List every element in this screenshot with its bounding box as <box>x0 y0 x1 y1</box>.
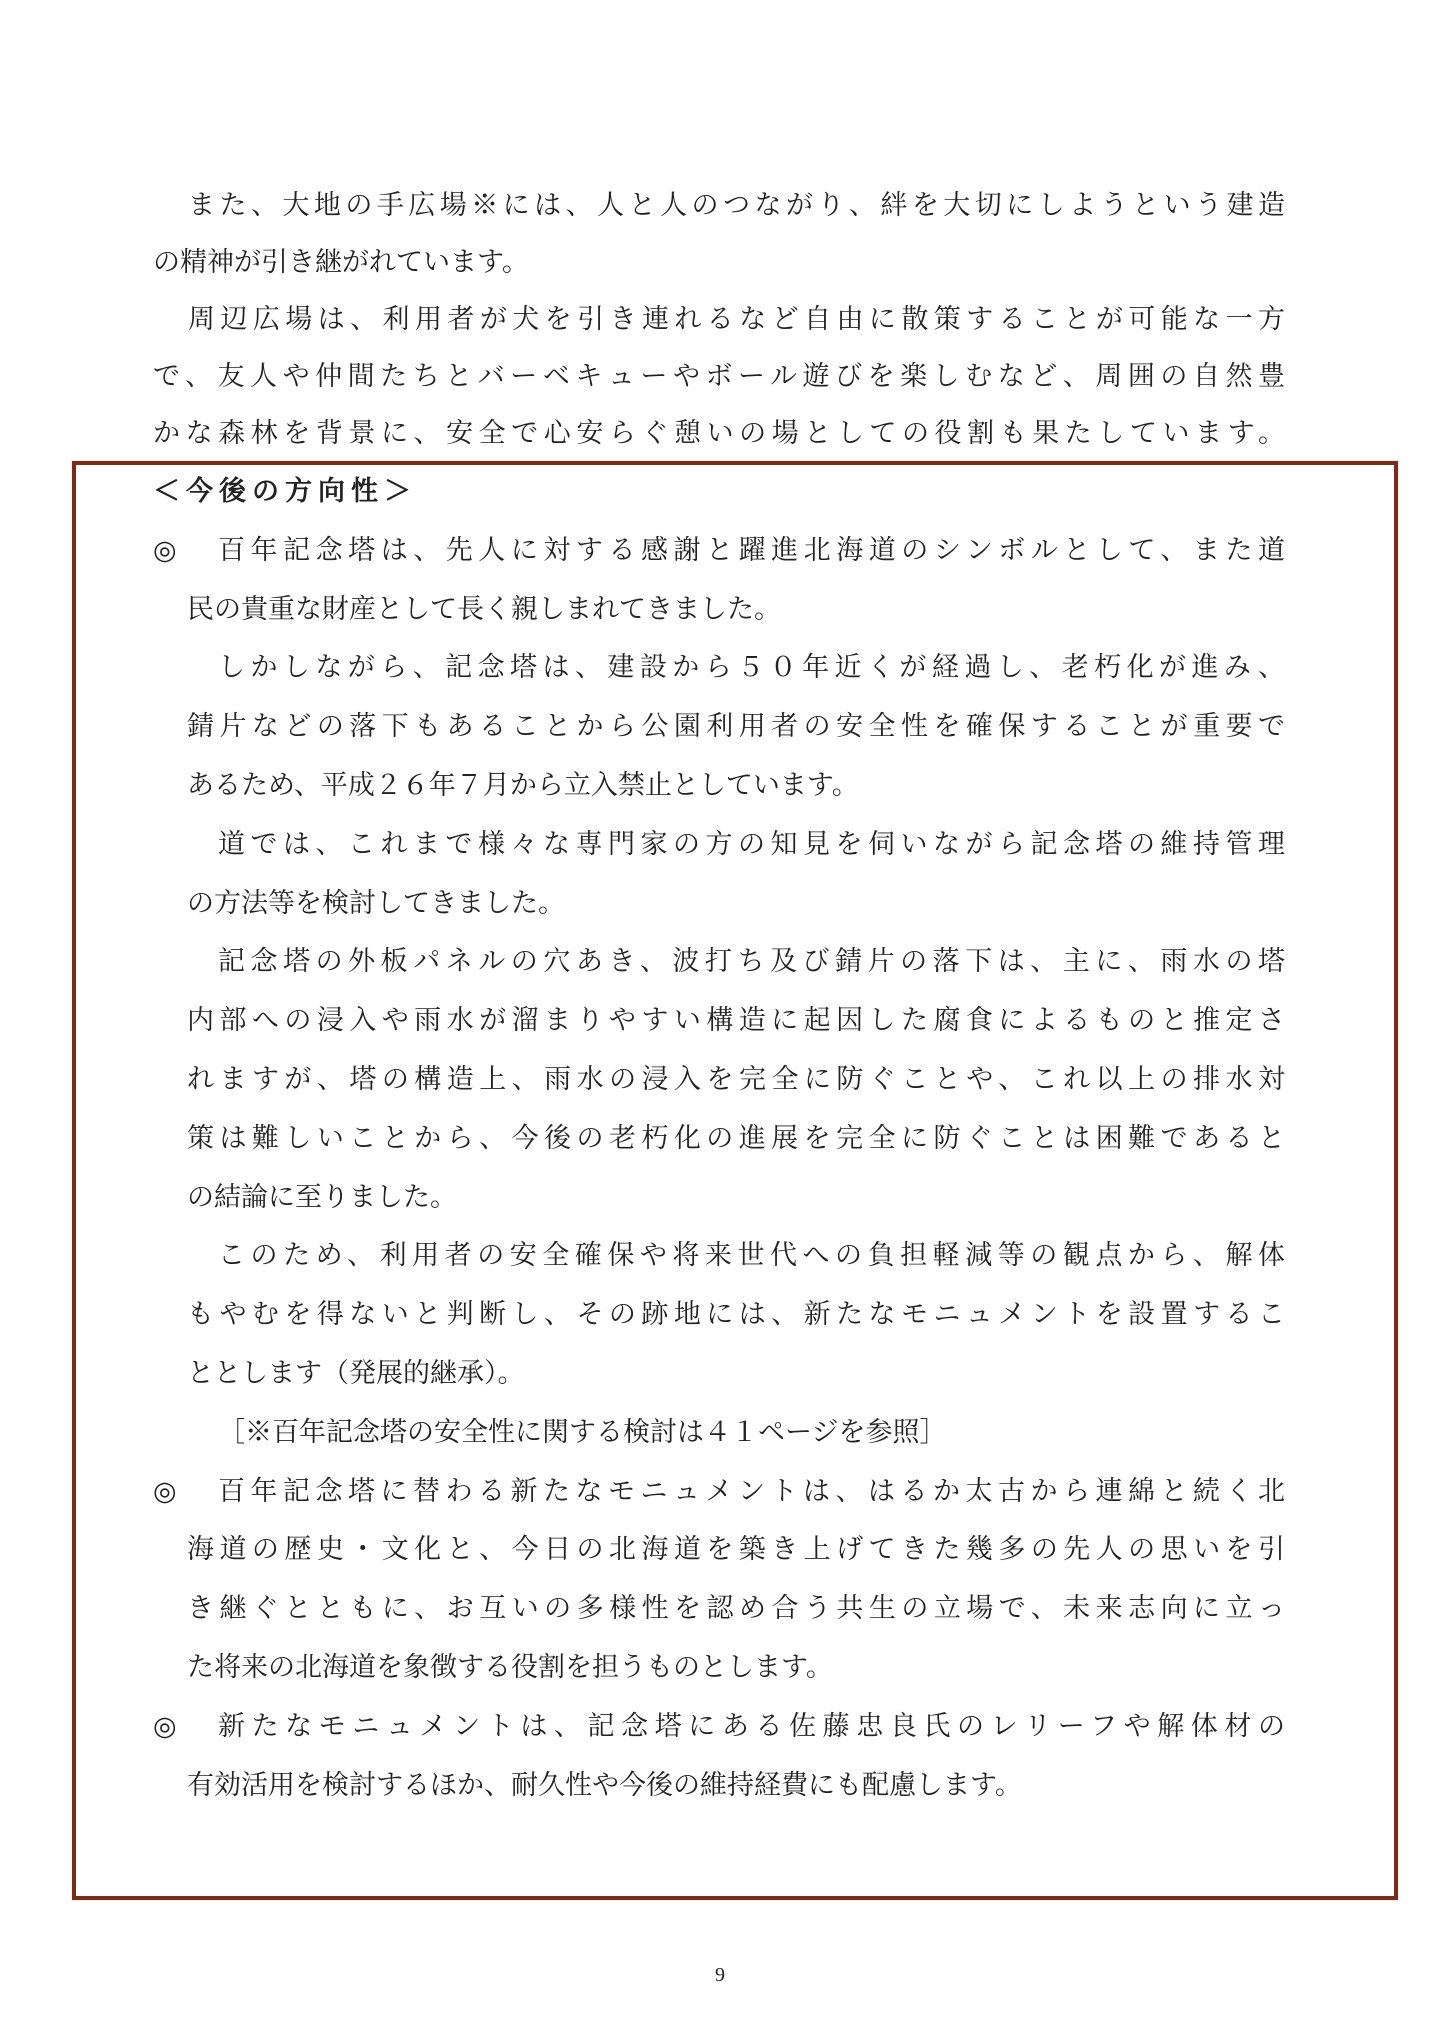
line-text: 民の貴重な財産として長く親しまれてきました。 <box>153 581 1285 640</box>
line-text: 記念塔の外板パネルの穴あき、波打ち及び錆片の落下は、主に、雨水の塔 <box>153 933 1285 992</box>
line-text: た将来の北海道を象徴する役割を担うものとします。 <box>153 1639 1285 1698</box>
text-line: 道では、これまで様々な専門家の方の知見を伺いながら記念塔の維持管理 <box>153 816 1285 875</box>
line-text: 周辺広場は、利用者が犬を引き連れるなど自由に散策することが可能な一方 <box>153 291 1285 348</box>
text-line: 有効活用を検討するほか、耐久性や今後の維持経費にも配慮します。 <box>153 1757 1285 1816</box>
line-text: かな森林を背景に、安全で心安らぐ憩いの場としての役割も果たしています。 <box>153 405 1285 462</box>
line-text: き継ぐとともに、お互いの多様性を認め合う共生の立場で、未来志向に立っ <box>153 1580 1285 1639</box>
text-line: 周辺広場は、利用者が犬を引き連れるなど自由に散策することが可能な一方 <box>153 291 1285 348</box>
page-number: 9 <box>0 1964 1440 1987</box>
heading-text: ＜今後の方向性＞ <box>153 463 1285 522</box>
line-text: このため、利用者の安全確保や将来世代への負担軽減等の観点から、解体 <box>153 1227 1285 1286</box>
future-direction-section: ＜今後の方向性＞ ◎百年記念塔は、先人に対する感謝と躍進北海道のシンボルとして、… <box>153 463 1285 1815</box>
double-circle-bullet-icon: ◎ <box>153 522 193 581</box>
text-line: ととします（発展的継承）。 <box>153 1345 1285 1404</box>
text-line: あるため、平成２６年７月から立入禁止としています。 <box>153 757 1285 816</box>
text-line: しかしながら、記念塔は、建設から５０年近くが経過し、老朽化が進み、 <box>153 639 1285 698</box>
line-text: で、友人や仲間たちとバーベキューやボール遊びを楽しむなど、周囲の自然豊 <box>153 348 1285 405</box>
text-line: た将来の北海道を象徴する役割を担うものとします。 <box>153 1639 1285 1698</box>
text-line: 錆片などの落下もあることから公園利用者の安全性を確保することが重要で <box>153 698 1285 757</box>
line-text: 百年記念塔は、先人に対する感謝と躍進北海道のシンボルとして、また道 <box>153 522 1285 581</box>
double-circle-bullet-icon: ◎ <box>153 1463 193 1522</box>
line-text: の精神が引き継がれています。 <box>153 234 1285 291</box>
text-line: このため、利用者の安全確保や将来世代への負担軽減等の観点から、解体 <box>153 1227 1285 1286</box>
text-line: かな森林を背景に、安全で心安らぐ憩いの場としての役割も果たしています。 <box>153 405 1285 462</box>
bullet-line: ◎百年記念塔に替わる新たなモニュメントは、はるか太古から連綿と続く北 <box>153 1463 1285 1522</box>
text-line: の方法等を検討してきました。 <box>153 875 1285 934</box>
text-line: 海道の歴史・文化と、今日の北海道を築き上げてきた幾多の先人の思いを引 <box>153 1521 1285 1580</box>
line-text: 策は難しいことから、今後の老朽化の進展を完全に防ぐことは困難であると <box>153 1110 1285 1169</box>
line-text: もやむを得ないと判断し、その跡地には、新たなモニュメントを設置するこ <box>153 1286 1285 1345</box>
text-line: 民の貴重な財産として長く親しまれてきました。 <box>153 581 1285 640</box>
text-line: もやむを得ないと判断し、その跡地には、新たなモニュメントを設置するこ <box>153 1286 1285 1345</box>
line-text: 有効活用を検討するほか、耐久性や今後の維持経費にも配慮します。 <box>153 1757 1285 1816</box>
text-line: の結論に至りました。 <box>153 1169 1285 1228</box>
line-text: 内部への浸入や雨水が溜まりやすい構造に起因した腐食によるものと推定さ <box>153 992 1285 1051</box>
line-text: 百年記念塔に替わる新たなモニュメントは、はるか太古から連綿と続く北 <box>153 1463 1285 1522</box>
text-line: 内部への浸入や雨水が溜まりやすい構造に起因した腐食によるものと推定さ <box>153 992 1285 1051</box>
line-text: また、大地の手広場※には、人と人のつながり、絆を大切にしようという建造 <box>153 177 1285 234</box>
text-line: で、友人や仲間たちとバーベキューやボール遊びを楽しむなど、周囲の自然豊 <box>153 348 1285 405</box>
text-line: 策は難しいことから、今後の老朽化の進展を完全に防ぐことは困難であると <box>153 1110 1285 1169</box>
text-line: れますが、塔の構造上、雨水の浸入を完全に防ぐことや、これ以上の排水対 <box>153 1051 1285 1110</box>
bullet-line: ◎新たなモニュメントは、記念塔にある佐藤忠良氏のレリーフや解体材の <box>153 1698 1285 1757</box>
double-circle-bullet-icon: ◎ <box>153 1698 193 1757</box>
line-text: 新たなモニュメントは、記念塔にある佐藤忠良氏のレリーフや解体材の <box>153 1698 1285 1757</box>
text-line: また、大地の手広場※には、人と人のつながり、絆を大切にしようという建造 <box>153 177 1285 234</box>
intro-section: また、大地の手広場※には、人と人のつながり、絆を大切にしようという建造 の精神が… <box>153 177 1285 462</box>
line-text: しかしながら、記念塔は、建設から５０年近くが経過し、老朽化が進み、 <box>153 639 1285 698</box>
bullet-line: ◎百年記念塔は、先人に対する感謝と躍進北海道のシンボルとして、また道 <box>153 522 1285 581</box>
line-text: あるため、平成２６年７月から立入禁止としています。 <box>153 757 1285 816</box>
text-line: の精神が引き継がれています。 <box>153 234 1285 291</box>
line-text: の方法等を検討してきました。 <box>153 875 1285 934</box>
text-line: き継ぐとともに、お互いの多様性を認め合う共生の立場で、未来志向に立っ <box>153 1580 1285 1639</box>
section-heading: ＜今後の方向性＞ <box>153 463 1285 522</box>
line-text: の結論に至りました。 <box>153 1169 1285 1228</box>
line-text: ととします（発展的継承）。 <box>153 1345 1285 1404</box>
line-text: 道では、これまで様々な専門家の方の知見を伺いながら記念塔の維持管理 <box>153 816 1285 875</box>
text-line: 記念塔の外板パネルの穴あき、波打ち及び錆片の落下は、主に、雨水の塔 <box>153 933 1285 992</box>
reference-text: ［※百年記念塔の安全性に関する検討は４１ページを参照］ <box>153 1404 1285 1463</box>
reference-note: ［※百年記念塔の安全性に関する検討は４１ページを参照］ <box>153 1404 1285 1463</box>
line-text: 錆片などの落下もあることから公園利用者の安全性を確保することが重要で <box>153 698 1285 757</box>
line-text: 海道の歴史・文化と、今日の北海道を築き上げてきた幾多の先人の思いを引 <box>153 1521 1285 1580</box>
line-text: れますが、塔の構造上、雨水の浸入を完全に防ぐことや、これ以上の排水対 <box>153 1051 1285 1110</box>
